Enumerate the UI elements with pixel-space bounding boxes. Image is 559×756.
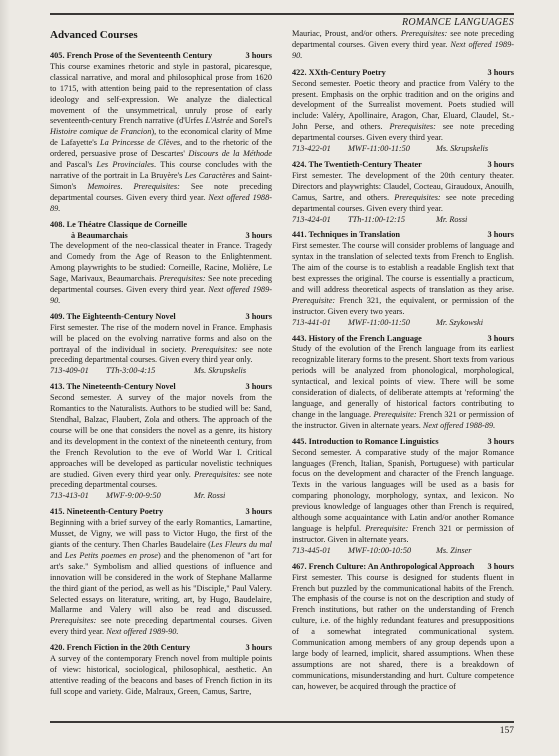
course-description: The development of the neo-classical the… [50, 241, 272, 306]
course-424: 424. The Twentieth-Century Theater 3 hou… [292, 160, 514, 225]
section-title: Advanced Courses [50, 29, 272, 42]
course-408-title-row-2: à Beaumarchais 3 hours [50, 231, 272, 242]
course-409-title-row: 409. The Eighteenth-Century Novel 3 hour… [50, 312, 272, 323]
course-description: A survey of the contemporary French nove… [50, 654, 272, 698]
course-467-title-row: 467. French Culture: An Anthropological … [292, 562, 514, 573]
course-description: Beginning with a brief survey of the ear… [50, 518, 272, 638]
course-description: Second semester. A survey of the major n… [50, 393, 272, 491]
schedule-instructor: Mr. Szykowski [436, 318, 514, 329]
course-hours: 3 hours [245, 382, 272, 393]
course-description: Second semester. Poetic theory and pract… [292, 79, 514, 144]
course-408-title-row: 408. Le Théatre Classique de Corneille [50, 220, 272, 231]
course-hours: 3 hours [487, 562, 514, 573]
course-405: 405. French Prose of the Seventeenth Cen… [50, 51, 272, 215]
course-441: 441. Techniques in Translation 3 hours F… [292, 230, 514, 328]
course-hours: 3 hours [487, 437, 514, 448]
course-408: 408. Le Théatre Classique de Corneille à… [50, 220, 272, 307]
schedule-instructor: Mr. Rossi [194, 491, 272, 502]
schedule-code: 713-409-01 [50, 366, 106, 377]
course-title: 441. Techniques in Translation [292, 230, 400, 241]
bottom-rule [50, 721, 514, 723]
course-422-title-row: 422. XXth-Century Poetry 3 hours [292, 68, 514, 79]
page-number: 157 [500, 726, 514, 736]
course-title: 443. History of the French Language [292, 334, 422, 345]
course-415-title-row: 415. Nineteenth-Century Poetry 3 hours [50, 507, 272, 518]
course-443-title-row: 443. History of the French Language 3 ho… [292, 334, 514, 345]
course-schedule: 713-424-01 TTh-11:00-12:15 Mr. Rossi [292, 215, 514, 226]
course-schedule: 713-409-01 TTh-3:00-4:15 Ms. Skrupskelis [50, 366, 272, 377]
course-405-title-row: 405. French Prose of the Seventeenth Cen… [50, 51, 272, 62]
course-hours: 3 hours [245, 643, 272, 654]
course-445-title-row: 445. Introduction to Romance Linguistics… [292, 437, 514, 448]
course-hours: 3 hours [487, 160, 514, 171]
course-schedule: 713-422-01 MWF-11:00-11:50 Ms. Skrupskel… [292, 144, 514, 155]
schedule-code: 713-413-01 [50, 491, 106, 502]
course-schedule: 713-413-01 MWF-9:00-9:50 Mr. Rossi [50, 491, 272, 502]
top-rule [50, 13, 514, 15]
course-441-title-row: 441. Techniques in Translation 3 hours [292, 230, 514, 241]
right-column: Mauriac, Proust, and/or others. Prerequi… [292, 29, 514, 703]
course-415: 415. Nineteenth-Century Poetry 3 hours B… [50, 507, 272, 638]
course-443: 443. History of the French Language 3 ho… [292, 334, 514, 432]
course-description: Study of the evolution of the French lan… [292, 344, 514, 431]
schedule-time: MWF-11:00-11:50 [348, 144, 436, 155]
schedule-code: 713-441-01 [292, 318, 348, 329]
running-header: ROMANCE LANGUAGES [402, 17, 514, 28]
course-title: 467. French Culture: An Anthropological … [292, 562, 474, 573]
course-hours: 3 hours [487, 230, 514, 241]
page-body: Advanced Courses 405. French Prose of th… [50, 29, 514, 703]
course-420-title-row: 420. French Fiction in the 20th Century … [50, 643, 272, 654]
course-hours: 3 hours [487, 334, 514, 345]
course-420: 420. French Fiction in the 20th Century … [50, 643, 272, 698]
course-description: First semester. The development of the 2… [292, 171, 514, 215]
course-description: First semester. The course will consider… [292, 241, 514, 317]
course-description: Second semester. A comparative study of … [292, 448, 514, 546]
course-title: 405. French Prose of the Seventeenth Cen… [50, 51, 212, 62]
course-title: 409. The Eighteenth-Century Novel [50, 312, 176, 323]
course-title: 422. XXth-Century Poetry [292, 68, 386, 79]
course-445: 445. Introduction to Romance Linguistics… [292, 437, 514, 557]
course-title-continued: à Beaumarchais [50, 231, 128, 242]
schedule-code: 713-445-01 [292, 546, 348, 557]
course-413-title-row: 413. The Nineteenth-Century Novel 3 hour… [50, 382, 272, 393]
course-hours: 3 hours [245, 312, 272, 323]
left-column: Advanced Courses 405. French Prose of th… [50, 29, 272, 703]
course-409: 409. The Eighteenth-Century Novel 3 hour… [50, 312, 272, 377]
course-schedule: 713-445-01 MWF-10:00-10:50 Ms. Zinser [292, 546, 514, 557]
scan-gutter-shadow [0, 0, 10, 756]
course-title: 424. The Twentieth-Century Theater [292, 160, 422, 171]
course-420-continuation: Mauriac, Proust, and/or others. Prerequi… [292, 29, 514, 62]
course-description: This course examines rhetoric and style … [50, 62, 272, 215]
schedule-time: MWF-9:00-9:50 [106, 491, 194, 502]
schedule-time: TTh-11:00-12:15 [348, 215, 436, 226]
course-title: 408. Le Théatre Classique de Corneille [50, 220, 187, 231]
schedule-instructor: Ms. Zinser [436, 546, 514, 557]
schedule-time: MWF-10:00-10:50 [348, 546, 436, 557]
schedule-code: 713-422-01 [292, 144, 348, 155]
course-422: 422. XXth-Century Poetry 3 hours Second … [292, 68, 514, 155]
course-hours: 3 hours [245, 51, 272, 62]
course-hours: 3 hours [245, 231, 272, 242]
course-title: 445. Introduction to Romance Linguistics [292, 437, 439, 448]
schedule-instructor: Ms. Skrupskelis [194, 366, 272, 377]
course-title: 413. The Nineteenth-Century Novel [50, 382, 176, 393]
course-467: 467. French Culture: An Anthropological … [292, 562, 514, 693]
course-413: 413. The Nineteenth-Century Novel 3 hour… [50, 382, 272, 502]
course-description: First semester. This course is designed … [292, 573, 514, 693]
course-title: 415. Nineteenth-Century Poetry [50, 507, 163, 518]
schedule-code: 713-424-01 [292, 215, 348, 226]
course-description: First semester. The rise of the modern n… [50, 323, 272, 367]
course-schedule: 713-441-01 MWF-11:00-11:50 Mr. Szykowski [292, 318, 514, 329]
course-hours: 3 hours [245, 507, 272, 518]
schedule-time: TTh-3:00-4:15 [106, 366, 194, 377]
schedule-instructor: Ms. Skrupskelis [436, 144, 514, 155]
schedule-time: MWF-11:00-11:50 [348, 318, 436, 329]
course-424-title-row: 424. The Twentieth-Century Theater 3 hou… [292, 160, 514, 171]
schedule-instructor: Mr. Rossi [436, 215, 514, 226]
course-title: 420. French Fiction in the 20th Century [50, 643, 190, 654]
course-hours: 3 hours [487, 68, 514, 79]
